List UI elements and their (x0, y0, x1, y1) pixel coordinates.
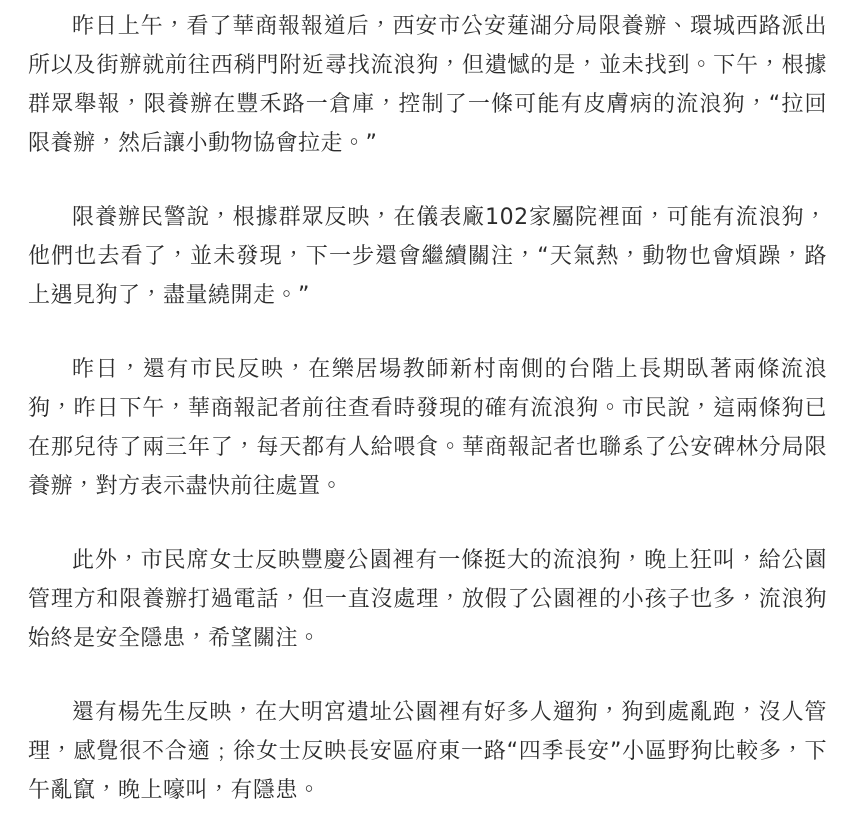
article-paragraph: 限養辦民警說，根據群眾反映，在儀表廠102家屬院裡面，可能有流浪狗，他們也去看了… (28, 198, 827, 315)
article-paragraph: 昨日，還有市民反映，在樂居場教師新村南側的台階上長期臥著兩條流浪狗，昨日下午，華… (28, 350, 827, 506)
article-paragraph: 還有楊先生反映，在大明宮遺址公園裡有好多人遛狗，狗到處亂跑，沒人管理，感覺很不合… (28, 693, 827, 810)
article-paragraph: 昨日上午，看了華商報報道后，西安市公安蓮湖分局限養辦、環城西路派出所以及街辦就前… (28, 7, 827, 163)
article-paragraph: 此外，市民席女士反映豐慶公園裡有一條挺大的流浪狗，晚上狂叫，給公園管理方和限養辦… (28, 541, 827, 658)
article-body: 昨日上午，看了華商報報道后，西安市公安蓮湖分局限養辦、環城西路派出所以及街辦就前… (0, 0, 855, 810)
